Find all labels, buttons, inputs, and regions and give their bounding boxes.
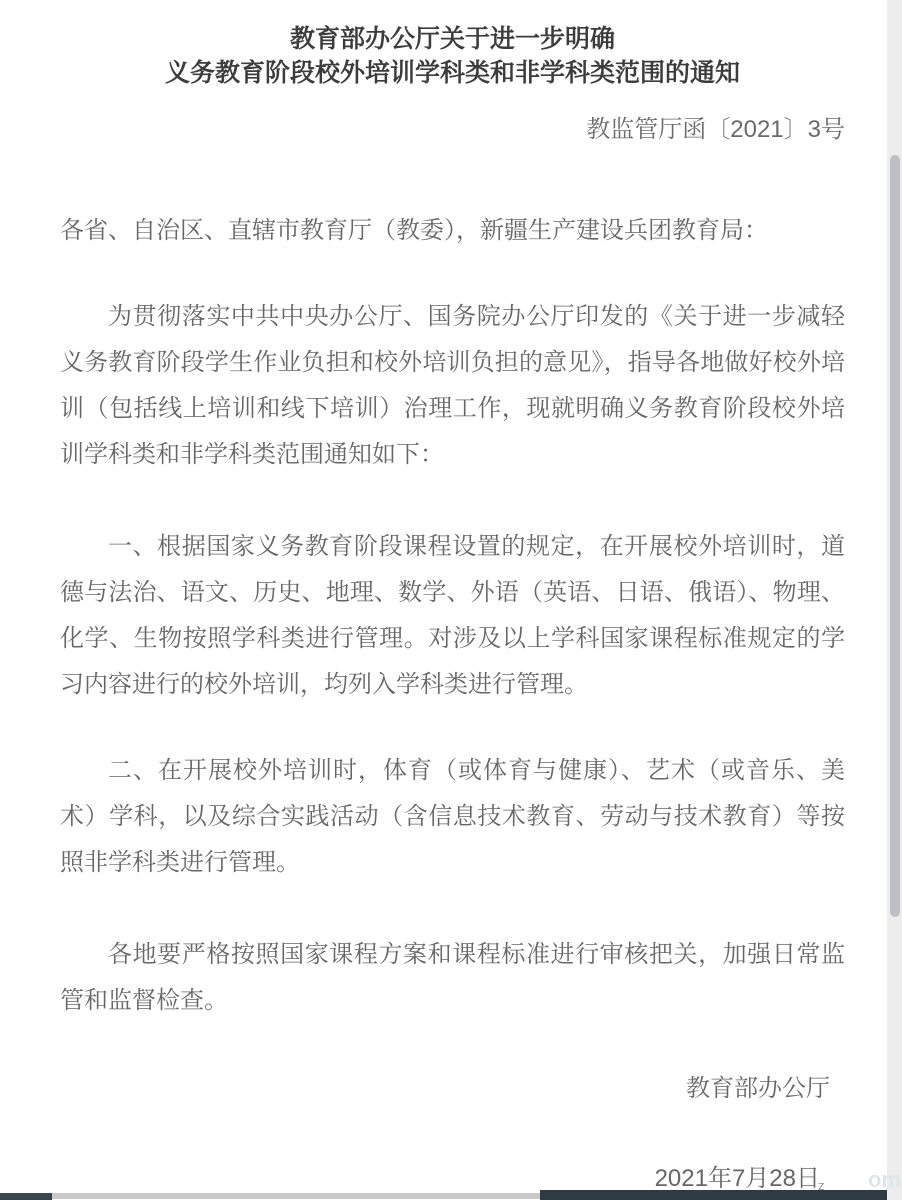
vertical-scrollbar-thumb[interactable] <box>890 155 900 917</box>
paragraph-closing: 各地要严格按照国家课程方案和课程标准进行审核把关，加强日常监管和监督检查。 <box>60 932 845 1024</box>
horizontal-scrollbar-thumb[interactable] <box>52 1193 540 1199</box>
doc-number: 教监管厅函〔2021〕3号 <box>60 118 845 142</box>
paragraph-item-2: 二、在开展校外培训时，体育（或体育与健康）、艺术（或音乐、美术）学科，以及综合实… <box>60 748 845 886</box>
document-title-line1: 教育部办公厅关于进一步明确 <box>60 22 845 56</box>
signature: 教育部办公厅 <box>60 1066 845 1112</box>
document-title: 教育部办公厅关于进一步明确 义务教育阶段校外培训学科类和非学科类范围的通知 <box>60 22 845 90</box>
footer-bar-right <box>540 1190 902 1200</box>
salutation: 各省、自治区、直辖市教育厅（教委），新疆生产建设兵团教育局： <box>60 208 845 254</box>
vertical-scrollbar-track[interactable] <box>887 0 902 1200</box>
watermark-text-fragment: om <box>868 1168 901 1192</box>
document-page: 教育部办公厅关于进一步明确 义务教育阶段校外培训学科类和非学科类范围的通知 教监… <box>0 0 902 1200</box>
footer-bar-left <box>0 1193 52 1200</box>
watermark-mark-fragment: z <box>818 1179 825 1193</box>
document-content: 教育部办公厅关于进一步明确 义务教育阶段校外培训学科类和非学科类范围的通知 教监… <box>0 0 902 1200</box>
paragraph-intro: 为贯彻落实中共中央办公厅、国务院办公厅印发的《关于进一步减轻义务教育阶段学生作业… <box>60 294 845 478</box>
paragraph-item-1: 一、根据国家义务教育阶段课程设置的规定，在开展校外培训时，道德与法治、语文、历史… <box>60 524 845 708</box>
document-title-line2: 义务教育阶段校外培训学科类和非学科类范围的通知 <box>60 56 845 90</box>
